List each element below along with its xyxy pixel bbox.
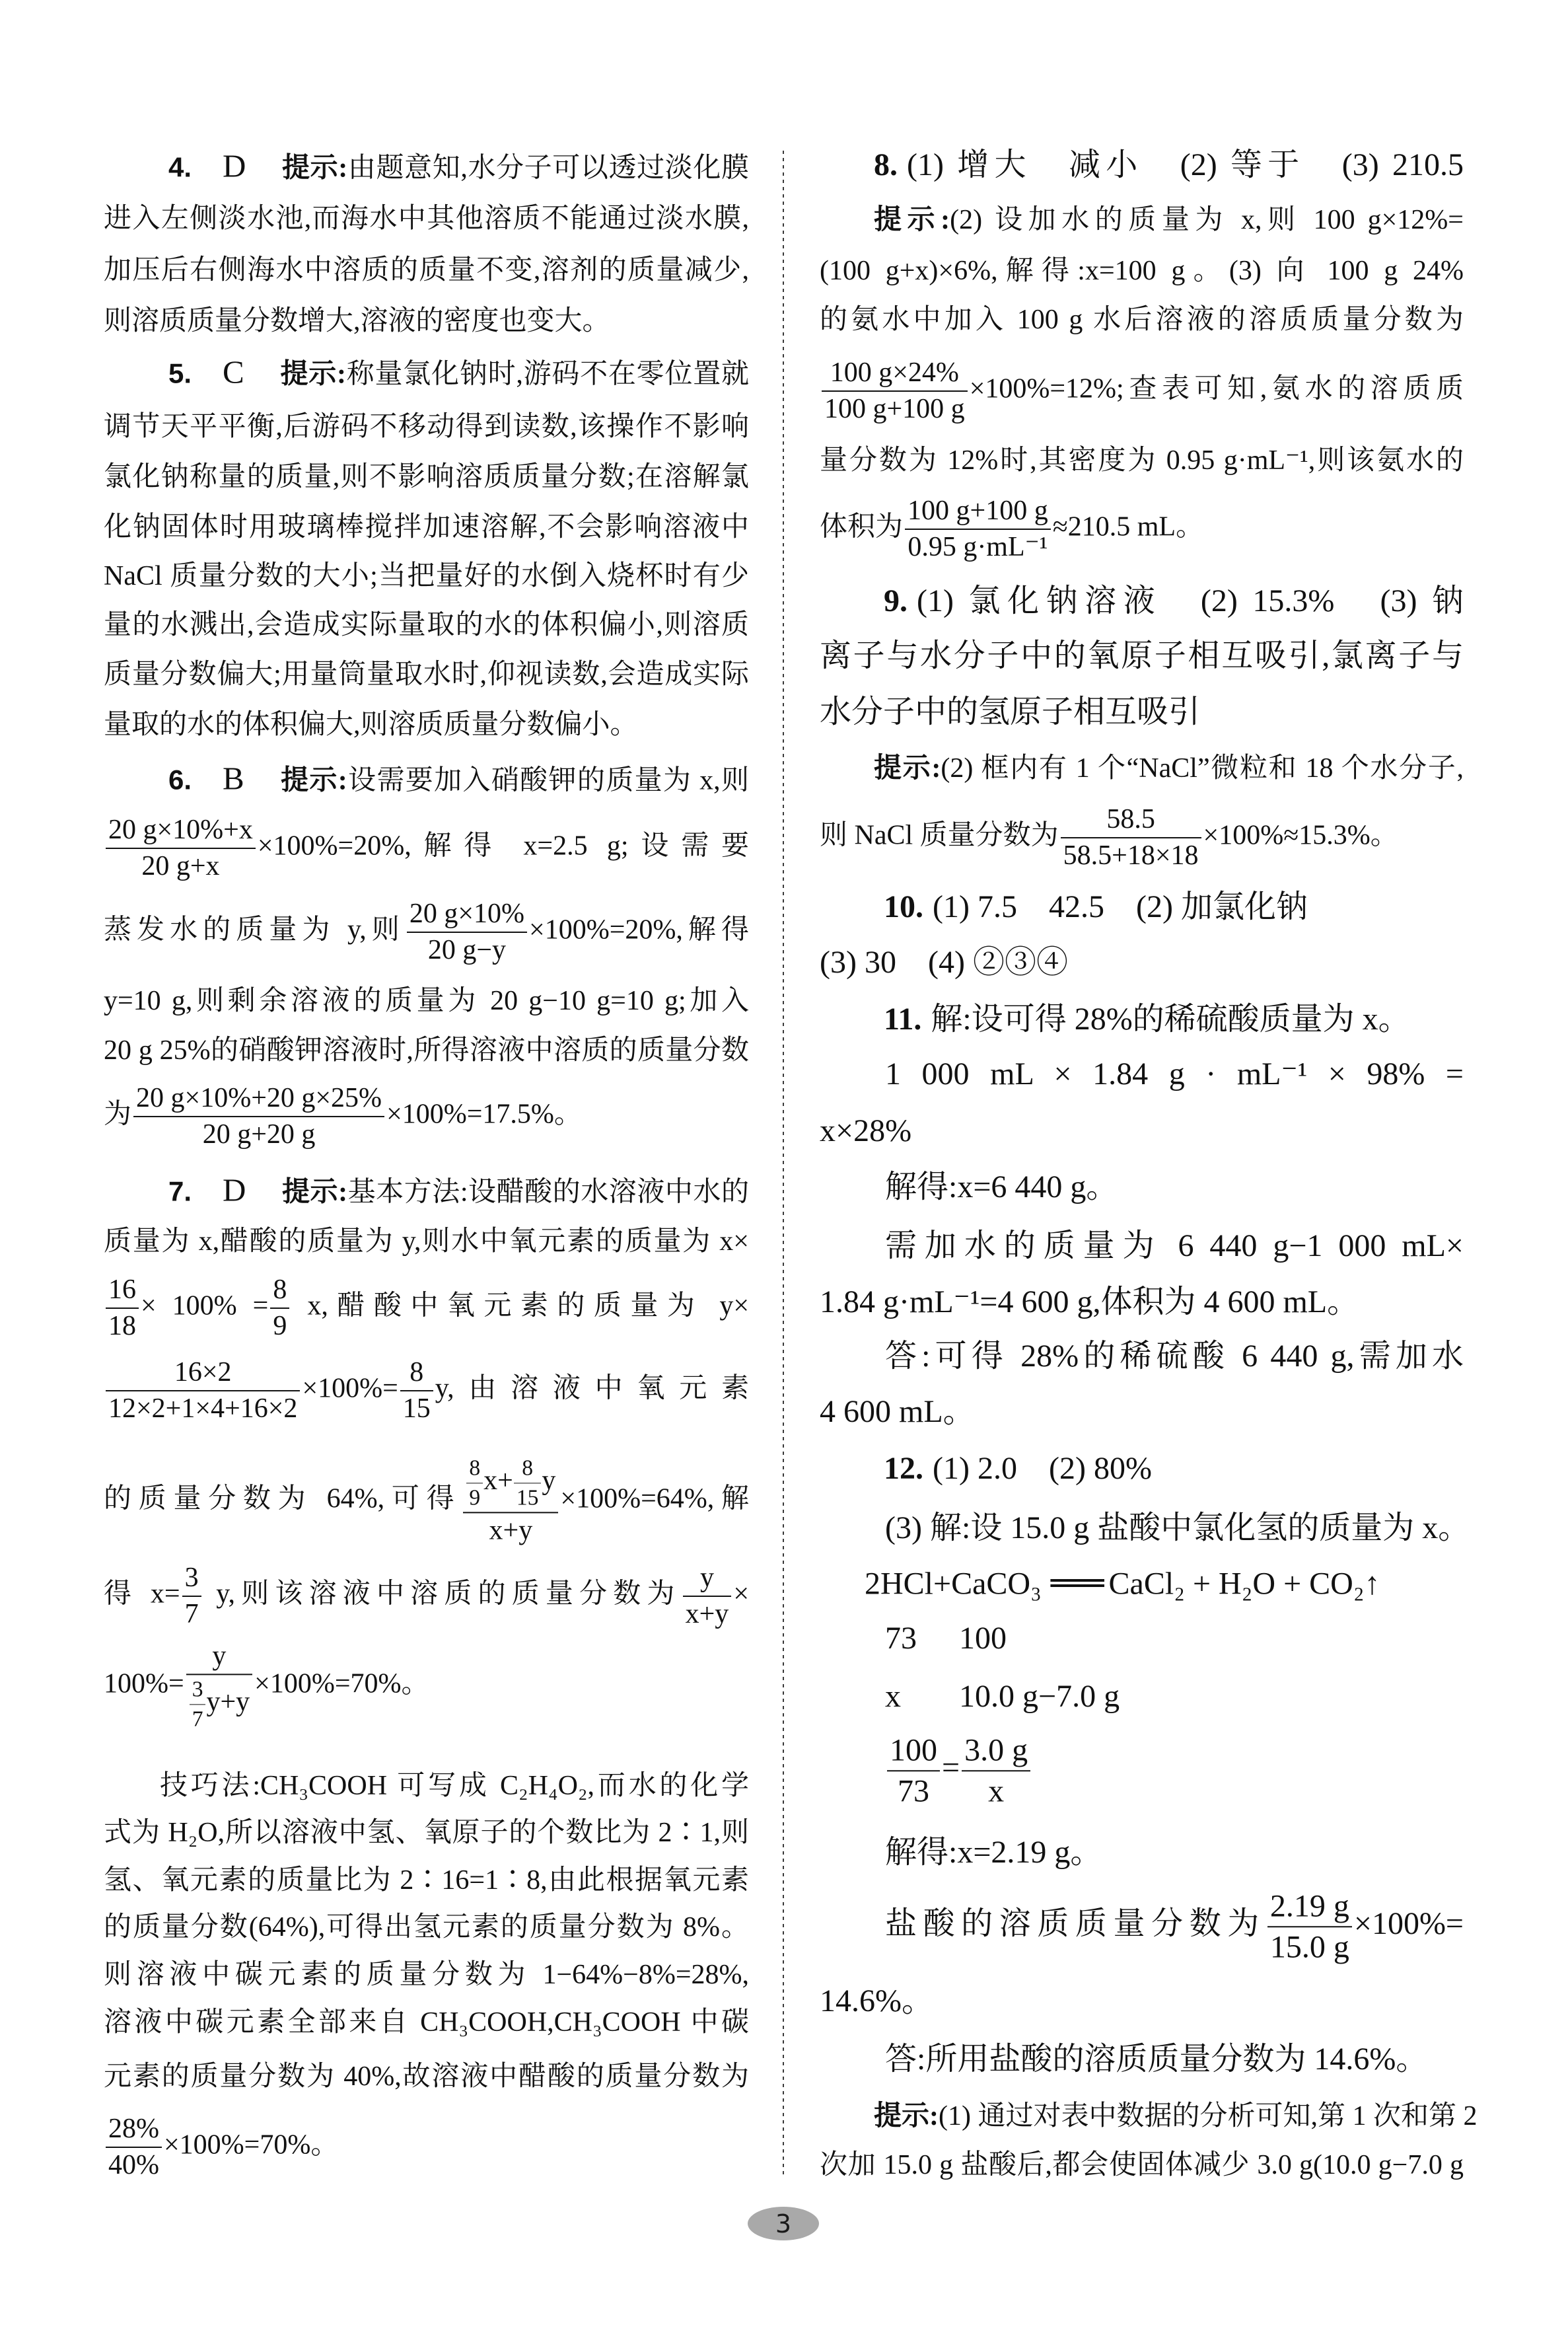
- fraction-denominator: x+y: [683, 1596, 732, 1630]
- reaction-equals-sign: ═══: [1051, 1565, 1102, 1602]
- q11-line-8: 4 600 mL。: [820, 1391, 1464, 1433]
- q8-hint-line-3: 的氨水中加入 100 g 水后溶液的溶质质量分数为: [820, 301, 1464, 338]
- formula-text: ×100%=70%。: [254, 1669, 429, 1699]
- page-number-badge: 3: [748, 2207, 819, 2240]
- fraction-numerator: 20 g×10%+x: [106, 815, 256, 848]
- fraction: 37: [182, 1563, 201, 1630]
- question-number: 8.: [874, 147, 898, 182]
- fraction: 3.0 gx: [962, 1732, 1030, 1809]
- q8-hint-line-6: 体积为100 g+100 g0.95 g·mL⁻¹≈210.5 mL。: [820, 496, 1464, 563]
- hint-label: 提示:: [280, 359, 346, 390]
- formula-text: ×100%=64%,解: [560, 1484, 749, 1514]
- q12-result: 14.6%。: [820, 1980, 1464, 2022]
- q4-line-4: 则溶质质量分数增大,溶液的密度也变大。: [104, 303, 749, 340]
- answer-choice: D: [223, 148, 246, 184]
- fraction-numerator: 8: [514, 1456, 542, 1483]
- hint-text: 由题意知,水分子可以透过淡化膜: [347, 153, 749, 184]
- question-number: 12.: [884, 1451, 923, 1486]
- hint-text: (2) 设加水的质量为 x,则 100 g×12%=: [950, 205, 1464, 235]
- fraction: 20 g×10%20 g−y: [407, 899, 527, 966]
- q12-hint-line-2: 次加 15.0 g 盐酸后,都会使固体减少 3.0 g(10.0 g−7.0 g: [820, 2147, 1464, 2184]
- q11-line-3: x×28%: [820, 1110, 1464, 1152]
- hint-label: 提示:: [874, 753, 941, 784]
- q11-line-4: 解得:x=6 440 g。: [820, 1166, 1464, 1208]
- formula-text: 为: [104, 1099, 131, 1130]
- fraction-denominator: 100 g+100 g: [822, 390, 968, 425]
- q5-line-7: 质量分数偏大;用量筒量取水时,仰视读数,会造成实际: [104, 656, 749, 693]
- fraction-denominator: 9: [466, 1483, 483, 1510]
- question-number: 11.: [884, 1002, 921, 1037]
- fraction-denominator: 7: [190, 1704, 206, 1732]
- q12-proportion: 10073=3.0 gx: [820, 1732, 1464, 1809]
- formula-text: ×100%=20%,解得: [529, 915, 749, 945]
- q6-line-1: 6.B提示:设需要加入硝酸钾的质量为 x,则: [104, 760, 749, 799]
- answer-text: (1) 氯化钠溶液 (2) 15.3% (3) 钠: [917, 583, 1464, 618]
- q12-line-1: 12.(1) 2.0 (2) 80%: [820, 1448, 1464, 1490]
- formula-text: y: [542, 1465, 555, 1496]
- fraction-numerator: 8: [270, 1274, 289, 1308]
- formula-text: 盐酸的溶质质量分数为: [885, 1906, 1265, 1941]
- page: 4.D提示:由题意知,水分子可以透过淡化膜 进入左侧淡水池,而海水中其他溶质不能…: [0, 0, 1568, 2325]
- q10-answer-line-2: (3) 30 (4) ②③④: [820, 941, 1464, 984]
- fraction-denominator: 58.5+18×18: [1061, 837, 1201, 871]
- fraction-numerator: 2.19 g: [1267, 1888, 1352, 1926]
- answer-text: (1) 7.5 42.5 (2) 加氯化钠: [933, 889, 1308, 924]
- q9-answer-line-2: 离子与水分子中的氧原子相互吸引,氯离子与: [820, 635, 1464, 677]
- fraction-denominator: 37y+y: [186, 1674, 252, 1731]
- hint-text: 称量氯化钠时,游码不在零位置就: [346, 359, 749, 390]
- fraction: 89: [466, 1456, 483, 1510]
- q8-hint-line-4: 100 g×24%100 g+100 g×100%=12%;查表可知,氨水的溶质…: [820, 357, 1464, 425]
- q7-line-6: 得 x=37 y,则该溶液中溶质的质量分数为yx+y×: [104, 1563, 749, 1630]
- fraction-denominator: 40%: [106, 2147, 162, 2181]
- question-number: 7.: [168, 1176, 192, 1207]
- fraction: 1618: [106, 1274, 139, 1342]
- hint-label: 提示:: [280, 766, 347, 796]
- equation-products: CaCl₂ + H₂O + CO₂↑: [1109, 1567, 1380, 1602]
- fraction-numerator: 3: [190, 1677, 206, 1704]
- fraction-numerator: 16×2: [106, 1357, 300, 1390]
- nested-fraction: 89x+815yx+y: [463, 1456, 558, 1546]
- q7-trick-line-2: 式为 H₂O,所以溶液中氢、氧原子的个数比为 2∶1,则: [104, 1814, 749, 1851]
- hint-label: 提示:: [874, 2101, 939, 2131]
- formula-text: 体积为: [820, 512, 903, 542]
- q11-line-5: 需加水的质量为 6 440 g−1 000 mL×: [820, 1225, 1464, 1267]
- q4-line-3: 加压后右侧海水中溶质的质量不变,溶剂的质量减少,: [104, 252, 749, 289]
- q7-trick-line-3: 氢、氧元素的质量比为 2∶16=1∶8,由此根据氧元素: [104, 1862, 749, 1899]
- q7-trick-line-1: 技巧法:CH₃COOH 可写成 C₂H₄O₂,而水的化学: [104, 1767, 749, 1804]
- q7-line-1: 7.D提示:基本方法:设醋酸的水溶液中水的: [104, 1172, 749, 1211]
- fraction: 815: [400, 1357, 433, 1424]
- formula-text: ×: [733, 1579, 749, 1609]
- fraction-numerator: y: [186, 1641, 252, 1674]
- q8-hint-line-2: (100 g+x)×6%,解得:x=100 g。(3) 向 100 g 24%: [820, 252, 1464, 289]
- q9-hint-line-2: 则 NaCl 质量分数为58.558.5+18×18×100%≈15.3%。: [820, 804, 1464, 871]
- q5-line-5: NaCl 质量分数的大小;当把量好的水倒入烧杯时有少: [104, 558, 749, 595]
- q12-solve: 解得:x=2.19 g。: [820, 1831, 1464, 1874]
- q7-trick-line-6: 溶液中碳元素全部来自 CH₃COOH,CH₃COOH 中碳: [104, 2004, 749, 2041]
- q6-line-3: 蒸发水的质量为 y,则20 g×10%20 g−y×100%=20%,解得: [104, 899, 749, 966]
- q4-line-1: 4.D提示:由题意知,水分子可以透过淡化膜: [104, 148, 749, 187]
- formula-text: ×100%=70%。: [164, 2130, 338, 2160]
- q5-line-3: 氯化钠称量的质量,则不影响溶质质量分数;在溶解氯: [104, 459, 749, 496]
- formula-text: 则 NaCl 质量分数为: [820, 821, 1059, 851]
- q5-line-4: 化钠固体时用玻璃棒搅拌加速溶解,不会影响溶液中: [104, 509, 749, 546]
- fraction: 58.558.5+18×18: [1061, 804, 1201, 871]
- answer-choice: C: [223, 354, 244, 390]
- page-number: 3: [775, 2209, 791, 2238]
- q5-line-8: 量取的水的体积偏大,则溶质质量分数偏小。: [104, 706, 749, 743]
- hint-text: (1) 通过对表中数据的分析可知,第 1 次和第 2: [939, 2101, 1477, 2131]
- ratio-value-caco3: 10.0 g−7.0 g: [959, 1679, 1120, 1714]
- q12-hint-line-1: 提示:(1) 通过对表中数据的分析可知,第 1 次和第 2: [820, 2098, 1464, 2135]
- q12-chemical-equation: 2HCl+CaCO₃═══CaCl₂ + H₂O + CO₂↑: [820, 1563, 1464, 1605]
- question-number: 9.: [884, 583, 908, 618]
- hint-text: 设需要加入硝酸钾的质量为 x,则: [347, 766, 749, 796]
- q9-hint-line-1: 提示:(2) 框内有 1 个“NaCl”微粒和 18 个水分子,: [820, 750, 1464, 787]
- q7-trick-line-4: 的质量分数(64%),可得出氢元素的质量分数为 8%。: [104, 1909, 749, 1946]
- q7-line-3: 1618× 100% =89 x,醋酸中氧元素的质量为 y×: [104, 1274, 749, 1342]
- q5-line-1: 5.C提示:称量氯化钠时,游码不在零位置就: [104, 354, 749, 393]
- fraction-denominator: 15.0 g: [1267, 1926, 1352, 1965]
- formula-text: y+y: [206, 1687, 250, 1717]
- q7-line-4: 16×212×2+1×4+16×2×100%=815y,由溶液中氧元素: [104, 1357, 749, 1424]
- fraction-numerator: 8: [400, 1357, 433, 1390]
- formula-text: × 100% =: [141, 1291, 268, 1321]
- fraction-denominator: x+y: [463, 1512, 558, 1547]
- ratio-value-hcl: x: [885, 1676, 959, 1718]
- q7-line-7: 100%=y37y+y×100%=70%。: [104, 1641, 749, 1731]
- formula-text: y,则该溶液中溶质的质量分数为: [203, 1579, 681, 1609]
- column-divider: [783, 151, 784, 2175]
- hint-text: (2) 框内有 1 个“NaCl”微粒和 18 个水分子,: [941, 753, 1464, 784]
- formula-text: ×100%=12%;查表可知,氨水的溶质质: [970, 374, 1464, 404]
- q8-hint-line-1: 提示:(2) 设加水的质量为 x,则 100 g×12%=: [820, 202, 1464, 239]
- solution-text: 解:设可得 28%的稀硫酸质量为 x。: [931, 1002, 1409, 1037]
- q12-answer: 答:所用盐酸的溶质质量分数为 14.6%。: [820, 2038, 1464, 2081]
- question-number: 6.: [168, 764, 192, 795]
- answer-choice: D: [223, 1172, 246, 1208]
- formula-text: 的质量分数为 64%,可得: [104, 1484, 461, 1514]
- formula-text: ×100%=17.5%。: [386, 1099, 582, 1130]
- q11-line-2: 1 000 mL × 1.84 g · mL⁻¹ × 98% =: [820, 1053, 1464, 1095]
- hint-label: 提示:: [281, 1177, 347, 1208]
- fraction-denominator: 15: [514, 1483, 542, 1510]
- equals-sign: =: [942, 1750, 960, 1785]
- fraction-denominator: 20 g+20 g: [133, 1116, 384, 1150]
- q12-ratio-row-1: 73100: [820, 1617, 1464, 1660]
- nested-fraction: y37y+y: [186, 1641, 252, 1731]
- fraction-numerator: 100 g+100 g: [905, 496, 1051, 529]
- fraction: 815: [514, 1456, 542, 1510]
- q9-answer-line-1: 9.(1) 氯化钠溶液 (2) 15.3% (3) 钠: [820, 580, 1464, 622]
- q12-ratio-row-2: x10.0 g−7.0 g: [820, 1676, 1464, 1718]
- fraction: yx+y: [683, 1563, 732, 1630]
- fraction: 20 g×10%+20 g×25%20 g+20 g: [133, 1083, 384, 1150]
- fraction-numerator: y: [683, 1563, 732, 1596]
- q7-trick-line-5: 则溶液中碳元素的质量分数为 1−64%−8%=28%,: [104, 1956, 749, 1993]
- ratio-value-hcl: 73: [885, 1617, 959, 1660]
- fraction: 2.19 g15.0 g: [1267, 1888, 1352, 1965]
- formula-text: 100%=: [104, 1669, 184, 1699]
- answer-text: (1) 增大 减小 (2) 等于 (3) 210.5: [907, 147, 1464, 182]
- q11-line-6: 1.84 g·mL⁻¹=4 600 g,体积为 4 600 mL。: [820, 1281, 1464, 1323]
- hint-label: 提示:: [281, 153, 347, 184]
- q7-trick-line-8: 28%40%×100%=70%。: [104, 2114, 749, 2181]
- fraction-numerator: 100 g×24%: [822, 357, 968, 390]
- hint-label: 提示:: [874, 205, 950, 235]
- fraction-numerator: 3.0 g: [962, 1732, 1030, 1770]
- fraction-numerator: 20 g×10%: [407, 899, 527, 932]
- fraction: 100 g×24%100 g+100 g: [822, 357, 968, 425]
- q12-fraction-line: 盐酸的溶质质量分数为2.19 g15.0 g×100%=: [820, 1888, 1464, 1965]
- q8-hint-line-5: 量分数为 12%时,其密度为 0.95 g·mL⁻¹,则该氨水的: [820, 442, 1464, 479]
- fraction-denominator: 12×2+1×4+16×2: [106, 1390, 300, 1424]
- formula-text: x,醋酸中氧元素的质量为 y×: [291, 1291, 749, 1321]
- fraction-denominator: 20 g−y: [407, 932, 527, 966]
- fraction-numerator: 89x+815y: [463, 1456, 558, 1512]
- q10-answer-line-1: 10.(1) 7.5 42.5 (2) 加氯化钠: [820, 886, 1464, 928]
- equation-reactants: 2HCl+CaCO₃: [865, 1567, 1042, 1602]
- fraction-denominator: 20 g+x: [106, 848, 256, 882]
- formula-text: 得 x=: [104, 1579, 180, 1609]
- q6-line-2: 20 g×10%+x20 g+x×100%=20%,解得 x=2.5 g;设需要: [104, 815, 749, 882]
- fraction-numerator: 20 g×10%+20 g×25%: [133, 1083, 384, 1116]
- answer-text: (1) 2.0 (2) 80%: [933, 1451, 1152, 1486]
- q4-line-2: 进入左侧淡水池,而海水中其他溶质不能通过淡水膜,: [104, 200, 749, 237]
- fraction-denominator: 9: [270, 1308, 289, 1342]
- fraction: 37: [190, 1677, 206, 1731]
- formula-text: 蒸发水的质量为 y,则: [104, 915, 405, 945]
- fraction-denominator: 15: [400, 1390, 433, 1424]
- question-number: 4.: [168, 152, 192, 183]
- fraction: 28%40%: [106, 2114, 162, 2181]
- question-number: 5.: [168, 358, 192, 389]
- fraction-denominator: 0.95 g·mL⁻¹: [905, 529, 1051, 563]
- fraction-denominator: 7: [182, 1596, 201, 1630]
- fraction-numerator: 3: [182, 1563, 201, 1596]
- q5-line-2: 调节天平平衡,后游码不移动得到读数,该操作不影响: [104, 408, 749, 445]
- q5-line-6: 量的水溅出,会造成实际量取的水的体积偏小,则溶质: [104, 607, 749, 644]
- q8-answer-line: 8.(1) 增大 减小 (2) 等于 (3) 210.5: [820, 144, 1464, 186]
- q11-line-7: 答:可得 28%的稀硫酸 6 440 g,需加水: [820, 1335, 1464, 1378]
- formula-text: ×100%=20%,解得 x=2.5 g;设需要: [258, 831, 749, 862]
- fraction: 89: [270, 1274, 289, 1342]
- q7-line-2: 质量为 x,醋酸的质量为 y,则水中氧元素的质量为 x×: [104, 1223, 749, 1260]
- fraction: 100 g+100 g0.95 g·mL⁻¹: [905, 496, 1051, 563]
- formula-text: ×100%≈15.3%。: [1203, 821, 1398, 851]
- fraction: 20 g×10%+x20 g+x: [106, 815, 256, 882]
- formula-text: y,由溶液中氧元素: [435, 1374, 749, 1404]
- answer-choice: B: [223, 760, 244, 797]
- q7-line-5: 的质量分数为 64%,可得89x+815yx+y×100%=64%,解: [104, 1456, 749, 1546]
- hint-text: 基本方法:设醋酸的水溶液中水的: [347, 1177, 749, 1208]
- formula-text: ×100%=: [302, 1374, 398, 1404]
- formula-text: ×100%=: [1354, 1906, 1464, 1941]
- fraction: 16×212×2+1×4+16×2: [106, 1357, 300, 1424]
- question-number: 10.: [884, 889, 923, 924]
- formula-text: x+: [483, 1465, 513, 1496]
- fraction-numerator: 58.5: [1061, 804, 1201, 837]
- fraction-numerator: 100: [887, 1732, 940, 1770]
- q9-answer-line-3: 水分子中的氢原子相互吸引: [820, 691, 1464, 733]
- q11-line-1: 11.解:设可得 28%的稀硫酸质量为 x。: [820, 998, 1464, 1041]
- q6-line-4: y=10 g,则剩余溶液的质量为 20 g−10 g=10 g;加入: [104, 982, 749, 1019]
- fraction-numerator: 28%: [106, 2114, 162, 2147]
- fraction-denominator: 18: [106, 1308, 139, 1342]
- q12-part3-intro: (3) 解:设 15.0 g 盐酸中氯化氢的质量为 x。: [820, 1507, 1464, 1549]
- formula-text: ≈210.5 mL。: [1053, 512, 1203, 542]
- fraction-numerator: 8: [466, 1456, 483, 1483]
- fraction-numerator: 16: [106, 1274, 139, 1308]
- q6-line-5: 20 g 25%的硝酸钾溶液时,所得溶液中溶质的质量分数: [104, 1032, 749, 1069]
- fraction-denominator: x: [962, 1770, 1030, 1809]
- ratio-value-caco3: 100: [959, 1621, 1007, 1656]
- fraction-denominator: 73: [887, 1770, 940, 1809]
- fraction: 10073: [887, 1732, 940, 1809]
- q7-trick-line-7: 元素的质量分数为 40%,故溶液中醋酸的质量分数为: [104, 2058, 749, 2095]
- q6-line-6: 为20 g×10%+20 g×25%20 g+20 g×100%=17.5%。: [104, 1083, 749, 1150]
